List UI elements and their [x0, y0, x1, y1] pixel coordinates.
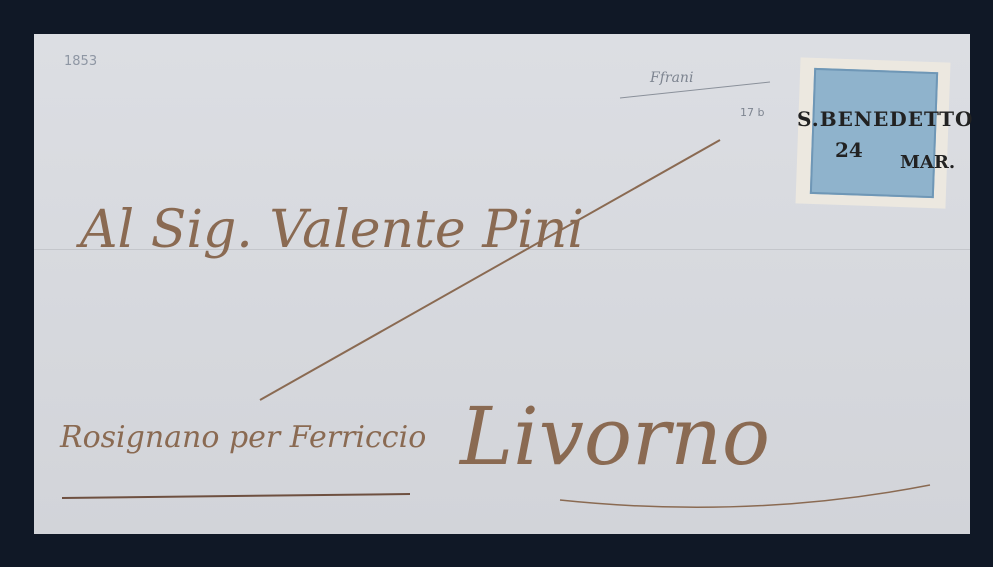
ink-flourishes [0, 0, 993, 567]
